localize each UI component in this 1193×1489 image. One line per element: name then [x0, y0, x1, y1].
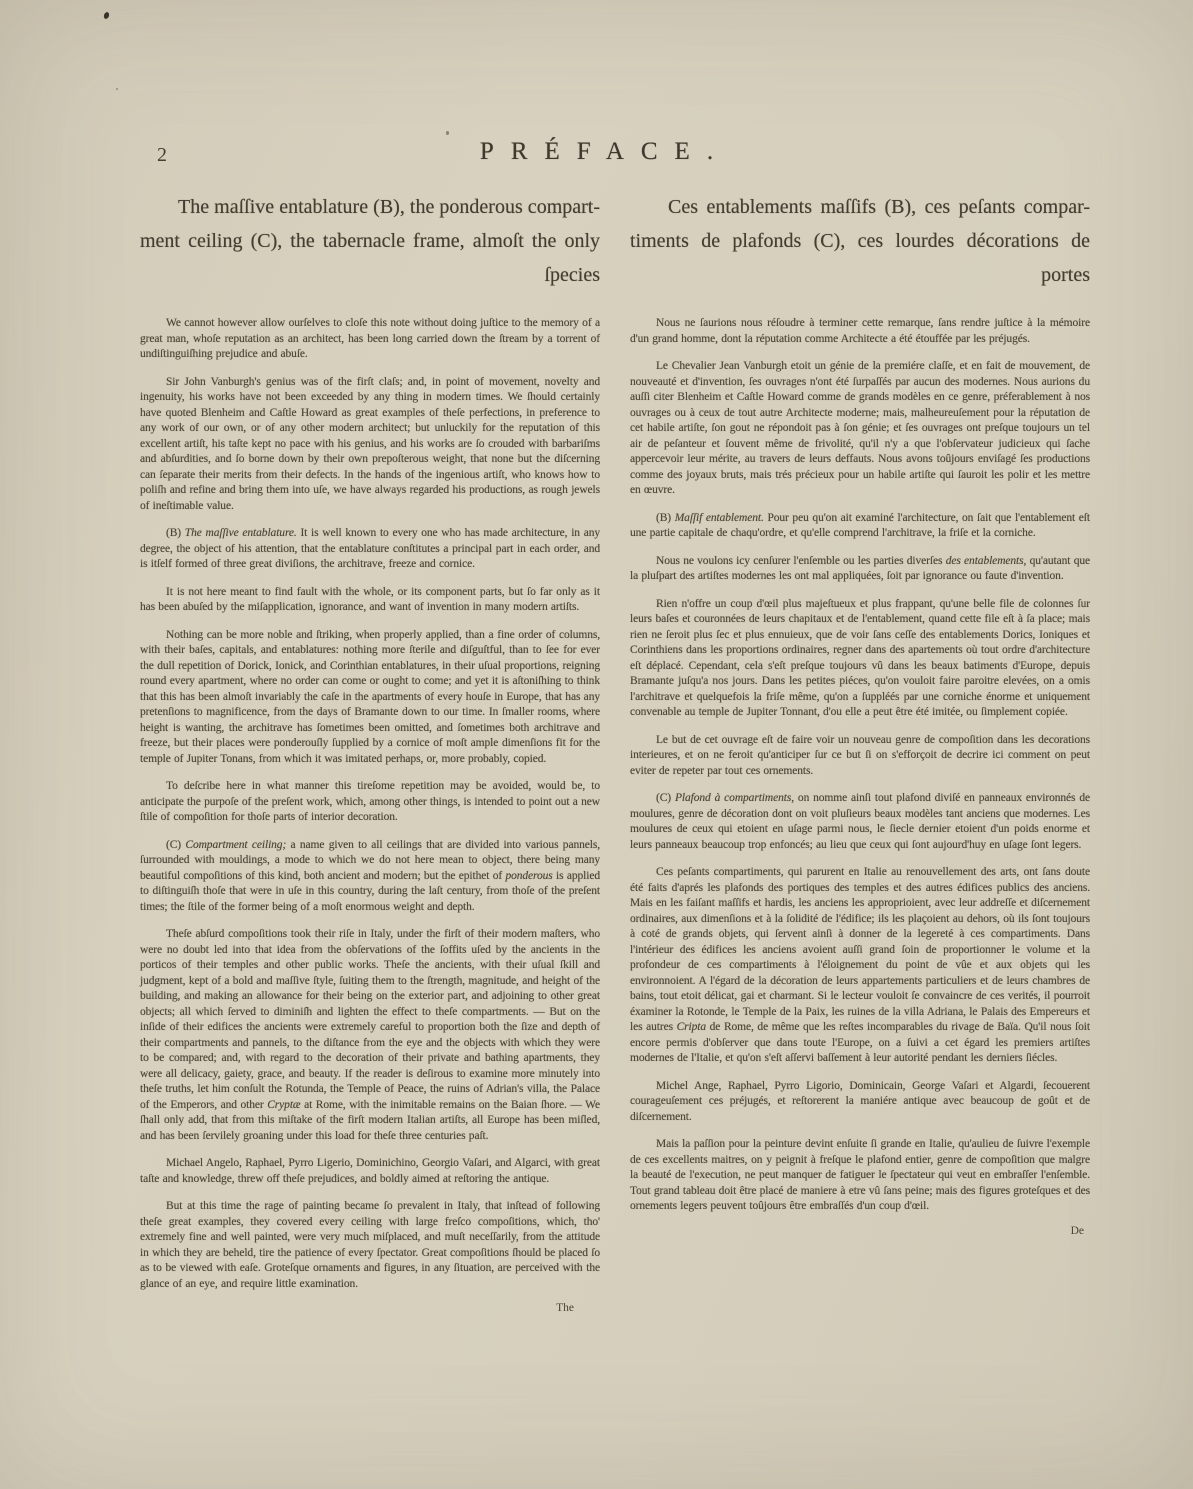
paragraph: Michael Angelo, Raphael, Pyrro Ligerio, …: [140, 1156, 600, 1187]
catchword-french: De: [630, 1225, 1090, 1237]
paragraph: Le but de cet ouvrage eſt de faire voir …: [630, 733, 1090, 780]
heading-line: ment ceiling (C), the tabernacle frame, …: [140, 224, 600, 258]
paragraph: To deſcribe here in what manner this tir…: [140, 779, 600, 826]
paragraph: Le Chevalier Jean Vanburgh etoit un géni…: [630, 359, 1090, 499]
paragraph: Sir John Vanburgh's genius was of the fi…: [140, 375, 600, 515]
scan-speck: [116, 88, 118, 90]
paragraph: It is not here meant to find fault with …: [140, 585, 600, 616]
paragraph: We cannot however allow ourſelves to clo…: [140, 316, 600, 363]
paragraph: Mais la paſſion pour la peinture devint …: [630, 1137, 1090, 1215]
english-heading: The maſſive entablature (B), the pondero…: [140, 190, 600, 292]
paragraph: (B) The maſſive entablature. It is well …: [140, 526, 600, 573]
scan-speck: [446, 131, 449, 135]
column-english: The maſſive entablature (B), the pondero…: [140, 190, 600, 1314]
french-body: Nous ne ſaurions nous réſoudre à termine…: [630, 316, 1090, 1215]
page-title: PRÉFACE.: [0, 138, 1193, 166]
heading-line: ſpecies: [140, 258, 600, 292]
heading-line: Ces entablements maſſifs (B), ces peſant…: [630, 190, 1090, 224]
paragraph: But at this time the rage of painting be…: [140, 1199, 600, 1292]
english-body: We cannot however allow ourſelves to clo…: [140, 316, 600, 1292]
column-french: Ces entablements maſſifs (B), ces peſant…: [630, 190, 1090, 1314]
two-column-text: The maſſive entablature (B), the pondero…: [140, 190, 1090, 1314]
paragraph: Nothing can be more noble and ſtriking, …: [140, 628, 600, 768]
catchword-english: The: [140, 1302, 600, 1314]
paragraph: (C) Compartment ceiling; a name given to…: [140, 838, 600, 916]
paragraph: Rien n'offre un coup d'œil plus majeſtue…: [630, 597, 1090, 721]
paragraph: Theſe abſurd compoſitions took their riſ…: [140, 927, 600, 1144]
heading-line: The maſſive entablature (B), the pondero…: [140, 190, 600, 224]
heading-line: timents de plafonds (C), ces lourdes déc…: [630, 224, 1090, 258]
paragraph: Michel Ange, Raphael, Pyrro Ligorio, Dom…: [630, 1079, 1090, 1126]
paragraph: (B) Maſſif entablement. Pour peu qu'on a…: [630, 511, 1090, 542]
paragraph: (C) Plafond à compartiments, on nomme ai…: [630, 791, 1090, 853]
paragraph: Nous ne ſaurions nous réſoudre à termine…: [630, 316, 1090, 347]
paragraph: Ces peſants compartiments, qui parurent …: [630, 865, 1090, 1067]
paragraph: Nous ne voulons icy cenſurer l'enſemble …: [630, 554, 1090, 585]
french-heading: Ces entablements maſſifs (B), ces peſant…: [630, 190, 1090, 292]
heading-line: portes: [630, 258, 1090, 292]
scanned-book-page: 2 PRÉFACE. The maſſive entablature (B), …: [0, 0, 1193, 1489]
scan-speck: [103, 11, 110, 19]
